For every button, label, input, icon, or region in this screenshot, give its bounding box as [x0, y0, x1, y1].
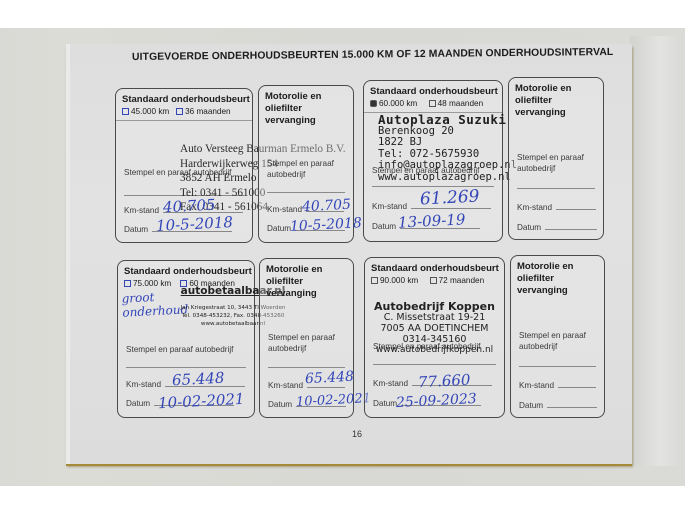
km-stand-value: 40.705 [302, 197, 352, 216]
service-type-label: Standaard onderhoudsbeurt [371, 263, 499, 275]
service-type-label: Standaard onderhoudsbeurt [370, 86, 498, 98]
stamp-label: Stempel en paraaf autobedrijf [126, 344, 233, 355]
interval-options: 45.000 km 36 maanden [122, 107, 231, 116]
month-checkbox[interactable] [176, 108, 183, 115]
km-stand-value: 61.269 [420, 186, 480, 209]
oil-entry-4: Motorolie enoliefilter vervanging Stempe… [510, 255, 605, 418]
km-stand-value: 65.448 [172, 369, 225, 390]
dealer-stamp-autoplaza: Autoplaza Suzuki Berenkoog 20 1822 BJ Te… [378, 114, 517, 183]
signature-line [268, 367, 345, 368]
datum-field: Datum [519, 401, 597, 410]
booklet-edge [630, 36, 680, 466]
oil-service-label: Motorolie enoliefilter vervanging [517, 261, 604, 297]
stamp-label: Stempel en paraafautobedrijf [267, 158, 334, 180]
dealer-stamp-koppen: Autobedrijf Koppen C. Missetstraat 19-21… [364, 301, 505, 356]
oil-service-label: Motorolie enoliefilter vervanging [515, 83, 603, 119]
datum-value: 13-09-19 [398, 210, 466, 232]
stamp-label: Stempel en paraafautobedrijf [519, 330, 586, 352]
km-stand-value: 77.660 [418, 371, 471, 392]
km-checkbox[interactable] [371, 277, 378, 284]
oil-service-label: Motorolie enoliefilter vervanging [265, 91, 353, 127]
month-checkbox[interactable] [430, 277, 437, 284]
km-checkbox[interactable] [122, 108, 129, 115]
datum-field: Datum [517, 223, 597, 232]
divider [116, 120, 252, 121]
month-checkbox[interactable] [429, 100, 436, 107]
km-checkbox[interactable] [124, 280, 131, 287]
km-stand-field: Km-stand [517, 203, 596, 212]
km-stand-value: 65.448 [305, 369, 355, 388]
signature-line [267, 192, 345, 193]
stamp-label: Stempel en paraafautobedrijf [517, 152, 584, 174]
service-type-label: Standaard onderhoudsbeurt [122, 94, 250, 106]
km-checkbox[interactable] [370, 100, 377, 107]
interval-options: 90.000 km 72 maanden [371, 276, 484, 285]
interval-options: 60.000 km 48 maanden [370, 99, 483, 108]
signature-line [126, 367, 246, 368]
oil-entry-2: Motorolie enoliefilter vervanging Stempe… [508, 77, 604, 240]
service-type-label: Standaard onderhoudsbeurt [124, 266, 252, 278]
stamp-label: Stempel en paraafautobedrijf [268, 332, 335, 354]
page-number: 16 [352, 429, 362, 439]
km-stand-field: Km-stand [519, 381, 596, 390]
signature-line [373, 364, 496, 365]
signature-line [519, 366, 596, 367]
oil-service-label: Motorolie enoliefilter vervanging [266, 264, 353, 300]
signature-line [517, 188, 595, 189]
